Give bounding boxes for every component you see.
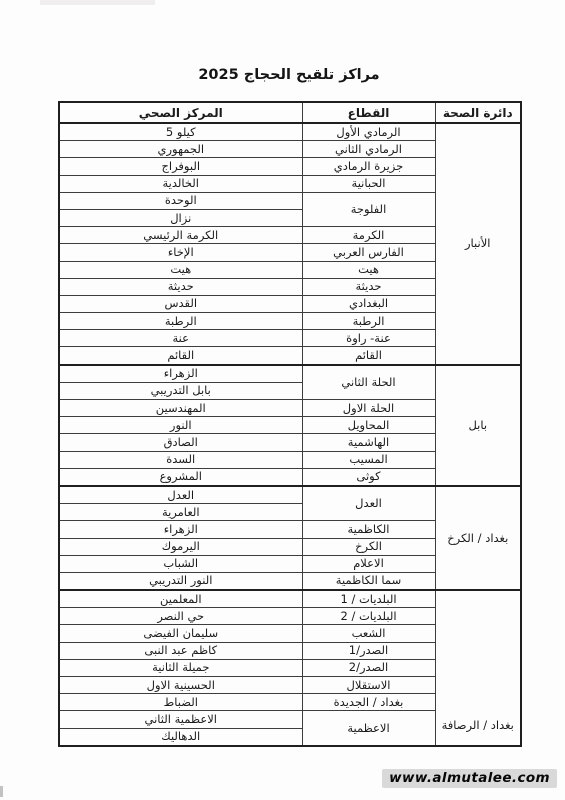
sector-cell: عنة- راوة [302,330,435,347]
center-cell: جميلة الثانية [59,659,302,676]
sector-cell: الكرخ [302,538,435,555]
sector-cell: القائم [302,347,435,365]
center-cell: الإخاء [59,244,302,261]
sector-cell: البغدادي [302,295,435,312]
sector-cell: الكاظمية [302,521,435,538]
center-cell: الزهراء [59,365,302,383]
sector-cell: المسيب [302,451,435,468]
sector-cell: الهاشمية [302,434,435,451]
sector-cell: بغداد / الجديدة [302,694,435,711]
center-cell: الخالدية [59,175,302,192]
department-cell: بغداد / الكرخ [435,486,521,590]
center-cell: النور التدريبي [59,572,302,590]
table-header-row: دائرة الصحة القطاع المركز الصحي [59,102,521,123]
sector-cell: الحبانية [302,175,435,192]
center-cell: بابل التدريبي [59,382,302,399]
table-row: الأنبارالرمادي الأولكيلو 5 [59,123,521,141]
column-header-center: المركز الصحي [59,102,302,123]
center-cell: الوحدة [59,192,302,209]
sector-cell: الكرمة [302,227,435,244]
sector-cell: الصدر/1 [302,642,435,659]
sector-cell: هيت [302,261,435,278]
center-cell: حي النصر [59,608,302,625]
center-cell: الاعظمية الثاني [59,711,302,728]
center-cell: عنة [59,330,302,347]
sector-cell: البلديات / 2 [302,608,435,625]
sector-cell: المحاويل [302,417,435,434]
center-cell: الضباط [59,694,302,711]
center-cell: كاظم عبد النبى [59,642,302,659]
center-cell: هيت [59,261,302,278]
center-cell: الجمهوري [59,141,302,158]
center-cell: البوفراج [59,158,302,175]
center-cell: القائم [59,347,302,365]
center-cell: الدهاليك [59,728,302,746]
sector-cell: الرطبة [302,313,435,330]
document-page: مراكز تلقيح الحجاج 2025 دائرة الصحة القط… [0,0,565,800]
sector-cell: الرمادي الثاني [302,141,435,158]
center-cell: الرطبة [59,313,302,330]
sector-cell: الشعب [302,625,435,642]
sector-cell: الصدر/2 [302,659,435,676]
sector-cell: جزيرة الرمادي [302,158,435,175]
sector-cell: الاعظمية [302,711,435,746]
table-row: بغداد / الرصافةالبلديات / 1المعلمين [59,590,521,608]
center-cell: الكرمة الرئيسي [59,227,302,244]
document-title: مراكز تلقيح الحجاج 2025 [58,64,520,86]
sector-cell: حديثة [302,278,435,295]
table-row: بابلالحلة الثانيالزهراء [59,365,521,383]
vaccination-centers-table: دائرة الصحة القطاع المركز الصحي الأنبارا… [58,101,522,747]
column-header-department: دائرة الصحة [435,102,521,123]
center-cell: السدة [59,451,302,468]
department-cell: بغداد / الرصافة [435,590,521,746]
sector-cell: الفلوجة [302,192,435,226]
center-cell: المشروع [59,468,302,486]
center-cell: كيلو 5 [59,123,302,141]
department-cell: الأنبار [435,123,521,365]
center-cell: العدل [59,486,302,504]
watermark-badge: www.almutalee.com [382,769,557,788]
sector-cell: العدل [302,486,435,521]
sector-cell: الاستقلال [302,677,435,694]
sector-cell: الاعلام [302,555,435,572]
scan-smudge-top [40,0,155,5]
scan-smudge-bottom [0,786,3,797]
sector-cell: الحلة الثاني [302,365,435,400]
column-header-sector: القطاع [302,102,435,123]
sector-cell: كوثى [302,468,435,486]
center-cell: المعلمين [59,590,302,608]
department-cell: بابل [435,365,521,486]
center-cell: نزال [59,209,302,226]
sector-cell: البلديات / 1 [302,590,435,608]
center-cell: الصادق [59,434,302,451]
center-cell: المهندسين [59,400,302,417]
sector-cell: سما الكاظمية [302,572,435,590]
center-cell: الزهراء [59,521,302,538]
center-cell: حديثة [59,278,302,295]
center-cell: العامرية [59,504,302,521]
center-cell: القدس [59,295,302,312]
center-cell: الشباب [59,555,302,572]
center-cell: الحسينية الاول [59,677,302,694]
center-cell: اليرموك [59,538,302,555]
center-cell: سليمان الفيضى [59,625,302,642]
sector-cell: الرمادي الأول [302,123,435,141]
sector-cell: الحلة الاول [302,400,435,417]
center-cell: النور [59,417,302,434]
table-row: بغداد / الكرخالعدلالعدل [59,486,521,504]
sector-cell: الفارس العربي [302,244,435,261]
